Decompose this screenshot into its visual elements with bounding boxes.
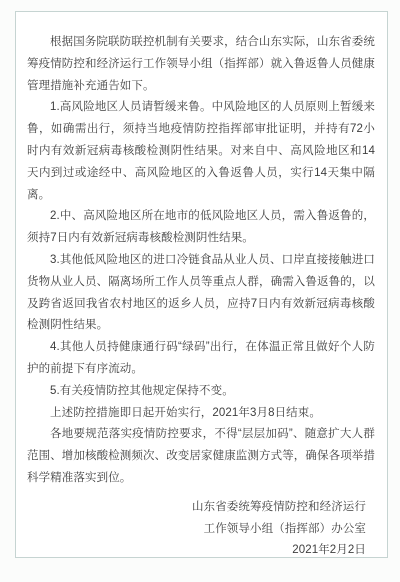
notice-paragraph-item-2: 2.中、高风险地区所在地市的低风险地区人员，需入鲁返鲁的，须持7日内有效新冠病毒… xyxy=(27,206,375,250)
signature-org-line-2: 工作领导小组（指挥部）办公室 xyxy=(27,519,366,541)
signature-org-line-1: 山东省委统筹疫情防控和经济运行 xyxy=(27,497,366,519)
notice-paragraph-closing: 各地要规范落实疫情防控要求，不得“层层加码”、随意扩大人群范围、增加核酸检测频次… xyxy=(27,424,375,489)
notice-border-frame: 根据国务院联防联控机制有关要求，结合山东实际，山东省委统筹疫情防控和经济运行工作… xyxy=(15,11,388,558)
notice-paragraph-item-1: 1.高风险地区人员请暂缓来鲁。中风险地区的人员原则上暂缓来鲁，如确需出行，须持当… xyxy=(27,97,375,206)
notice-paragraph-item-4: 4.其他人员持健康通行码“绿码”出行，在体温正常且做好个人防护的前提下有序流动。 xyxy=(27,337,375,381)
notice-body: 根据国务院联防联控机制有关要求，结合山东实际，山东省委统筹疫情防控和经济运行工作… xyxy=(16,12,387,562)
notice-paragraph-effective-period: 上述防控措施即日起开始实行，2021年3月8日结束。 xyxy=(27,403,375,425)
notice-paragraph-item-3: 3.其他低风险地区的进口冷链食品从业人员、口岸直接接触进口货物从业人员、隔离场所… xyxy=(27,250,375,337)
notice-page: 根据国务院联防联控机制有关要求，结合山东实际，山东省委统筹疫情防控和经济运行工作… xyxy=(0,0,400,582)
signature-block: 山东省委统筹疫情防控和经济运行 工作领导小组（指挥部）办公室 2021年2月2日 xyxy=(27,497,375,562)
notice-paragraph-item-5: 5.有关疫情防控其他规定保持不变。 xyxy=(27,381,375,403)
notice-paragraph-intro: 根据国务院联防联控机制有关要求，结合山东实际，山东省委统筹疫情防控和经济运行工作… xyxy=(27,32,375,97)
signature-date: 2021年2月2日 xyxy=(27,540,366,562)
